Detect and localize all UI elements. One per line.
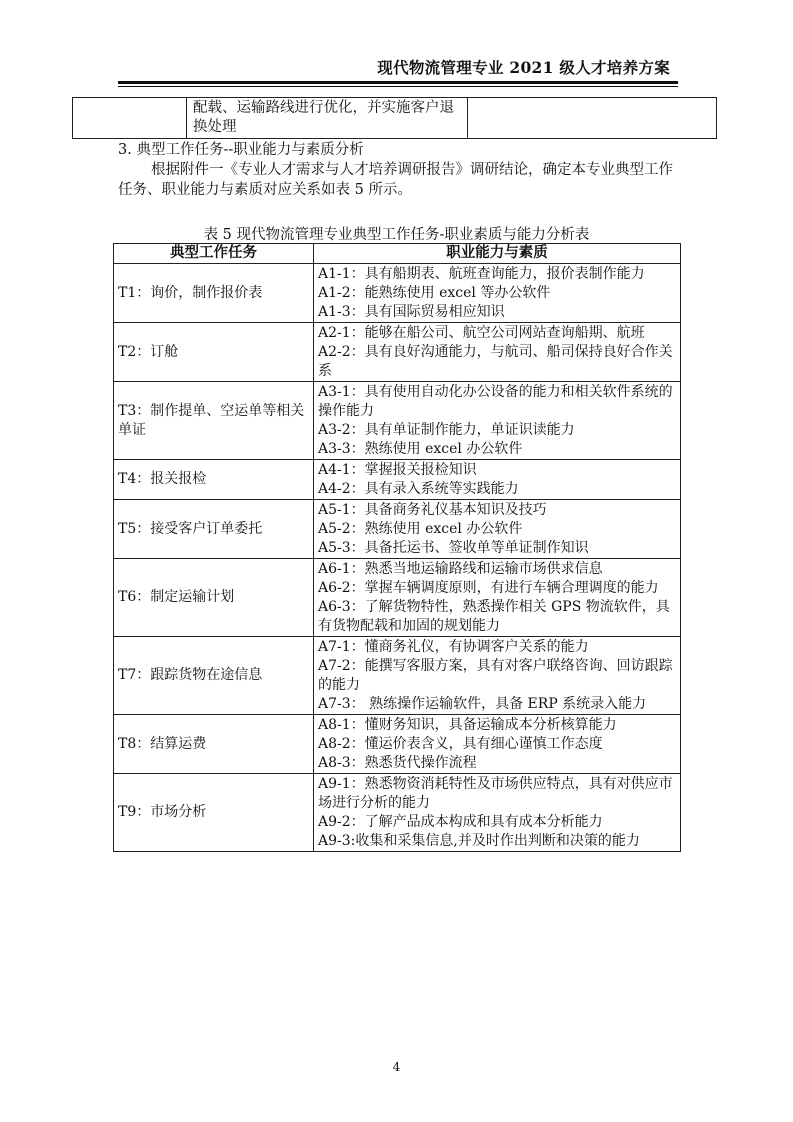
table-cell: 配载、运输路线进行优化，并实施客户退换处理 (187, 98, 468, 139)
header-rule (118, 81, 678, 84)
table-header-row: 典型工作任务 职业能力与素质 (114, 244, 681, 264)
ability-item: A2-2：具有良好沟通能力，与航司、船司保持良好合作关系 (318, 343, 676, 381)
ability-item: A9-1：熟悉物资消耗特性及市场供应特点，具有对供应市场进行分析的能力 (318, 775, 676, 813)
task-cell: T8：结算运费 (114, 715, 314, 774)
ability-item: A3-3：熟练使用 excel 办公软件 (318, 440, 676, 459)
task-cell: T4：报关报检 (114, 460, 314, 500)
section-paragraph: 根据附件一《专业人才需求与人才培养调研报告》调研结论，确定本专业典型工作任务、职… (118, 160, 680, 200)
table-row: T5：接受客户订单委托A5-1：具备商务礼仪基本知识及技巧A5-2：熟练使用 e… (114, 500, 681, 559)
table-cell (468, 98, 717, 139)
table-row: T3：制作提单、空运单等相关单证A3-1：具有使用自动化办公设备的能力和相关软件… (114, 382, 681, 460)
ability-item: A1-1：具有船期表、航班查询能力，报价表制作能力 (318, 265, 676, 284)
header-rule-thin (118, 86, 678, 87)
table-caption: 表 5 现代物流管理专业典型工作任务-职业素质与能力分析表 (113, 226, 680, 244)
ability-item: A6-1：熟悉当地运输路线和运输市场供求信息 (318, 560, 676, 579)
ability-cell: A1-1：具有船期表、航班查询能力，报价表制作能力A1-2：能熟练使用 exce… (314, 264, 681, 323)
table-row: T9：市场分析A9-1：熟悉物资消耗特性及市场供应特点，具有对供应市场进行分析的… (114, 774, 681, 852)
ability-cell: A8-1：懂财务知识，具备运输成本分析核算能力A8-2：懂运价表含义，具有细心谨… (314, 715, 681, 774)
ability-cell: A7-1：懂商务礼仪，有协调客户关系的能力A7-2：能撰写客服方案，具有对客户联… (314, 637, 681, 715)
ability-item: A7-2：能撰写客服方案，具有对客户联络咨询、回访跟踪的能力 (318, 657, 676, 695)
ability-item: A5-2：熟练使用 excel 办公软件 (318, 520, 676, 539)
table-row: T1：询价，制作报价表A1-1：具有船期表、航班查询能力，报价表制作能力A1-2… (114, 264, 681, 323)
ability-cell: A9-1：熟悉物资消耗特性及市场供应特点，具有对供应市场进行分析的能力A9-2：… (314, 774, 681, 852)
ability-item: A7-3： 熟练操作运输软件，具备 ERP 系统录入能力 (318, 695, 676, 714)
ability-item: A9-2：了解产品成本构成和具有成本分析能力 (318, 813, 676, 832)
task-cell: T5：接受客户订单委托 (114, 500, 314, 559)
ability-item: A4-2：具有录入系统等实践能力 (318, 480, 676, 499)
ability-item: A6-2：掌握车辆调度原则，有进行车辆合理调度的能力 (318, 579, 676, 598)
ability-cell: A3-1：具有使用自动化办公设备的能力和相关软件系统的操作能力A3-2：具有单证… (314, 382, 681, 460)
header-title: 现代物流管理专业 2021 级人才培养方案 (118, 58, 678, 78)
ability-cell: A5-1：具备商务礼仪基本知识及技巧A5-2：熟练使用 excel 办公软件A5… (314, 500, 681, 559)
ability-item: A4-1：掌握报关报检知识 (318, 461, 676, 480)
ability-cell: A4-1：掌握报关报检知识A4-2：具有录入系统等实践能力 (314, 460, 681, 500)
table-row: T4：报关报检A4-1：掌握报关报检知识A4-2：具有录入系统等实践能力 (114, 460, 681, 500)
table-cell (73, 98, 187, 139)
task-ability-table: 典型工作任务 职业能力与素质 T1：询价，制作报价表A1-1：具有船期表、航班查… (113, 243, 681, 852)
section-3: 3. 典型工作任务--职业能力与素质分析 根据附件一《专业人才需求与人才培养调研… (118, 140, 680, 200)
task-cell: T9：市场分析 (114, 774, 314, 852)
task-cell: T1：询价，制作报价表 (114, 264, 314, 323)
table-row: T8：结算运费A8-1：懂财务知识，具备运输成本分析核算能力A8-2：懂运价表含… (114, 715, 681, 774)
ability-item: A2-1：能够在船公司、航空公司网站查询船期、航班 (318, 324, 676, 343)
page-number: 4 (0, 1060, 793, 1074)
ability-item: A1-2：能熟练使用 excel 等办公软件 (318, 284, 676, 303)
ability-item: A7-1：懂商务礼仪，有协调客户关系的能力 (318, 638, 676, 657)
ability-item: A6-3：了解货物特性，熟悉操作相关 GPS 物流软件，具有货物配载和加固的规划… (318, 598, 676, 636)
table-row: T2：订舱A2-1：能够在船公司、航空公司网站查询船期、航班A2-2：具有良好沟… (114, 323, 681, 382)
ability-item: A9-3:收集和采集信息,并及时作出判断和决策的能力 (318, 832, 676, 851)
ability-item: A8-2：懂运价表含义，具有细心谨慎工作态度 (318, 735, 676, 754)
task-cell: T7：跟踪货物在途信息 (114, 637, 314, 715)
task-cell: T3：制作提单、空运单等相关单证 (114, 382, 314, 460)
table-row: T6：制定运输计划A6-1：熟悉当地运输路线和运输市场供求信息A6-2：掌握车辆… (114, 559, 681, 637)
ability-cell: A6-1：熟悉当地运输路线和运输市场供求信息A6-2：掌握车辆调度原则，有进行车… (314, 559, 681, 637)
table-row: T7：跟踪货物在途信息A7-1：懂商务礼仪，有协调客户关系的能力A7-2：能撰写… (114, 637, 681, 715)
column-header-ability: 职业能力与素质 (314, 244, 681, 264)
ability-item: A8-3：熟悉货代操作流程 (318, 754, 676, 773)
page-header: 现代物流管理专业 2021 级人才培养方案 (118, 58, 678, 87)
task-cell: T6：制定运输计划 (114, 559, 314, 637)
ability-item: A1-3：具有国际贸易相应知识 (318, 303, 676, 322)
previous-table-fragment: 配载、运输路线进行优化，并实施客户退换处理 (72, 97, 717, 139)
ability-item: A3-1：具有使用自动化办公设备的能力和相关软件系统的操作能力 (318, 383, 676, 421)
table-row: 配载、运输路线进行优化，并实施客户退换处理 (73, 98, 717, 139)
section-heading: 3. 典型工作任务--职业能力与素质分析 (118, 140, 680, 160)
ability-item: A5-1：具备商务礼仪基本知识及技巧 (318, 501, 676, 520)
ability-item: A3-2：具有单证制作能力，单证识读能力 (318, 421, 676, 440)
task-cell: T2：订舱 (114, 323, 314, 382)
ability-item: A5-3：具备托运书、签收单等单证制作知识 (318, 539, 676, 558)
ability-cell: A2-1：能够在船公司、航空公司网站查询船期、航班A2-2：具有良好沟通能力，与… (314, 323, 681, 382)
ability-item: A8-1：懂财务知识，具备运输成本分析核算能力 (318, 716, 676, 735)
column-header-task: 典型工作任务 (114, 244, 314, 264)
